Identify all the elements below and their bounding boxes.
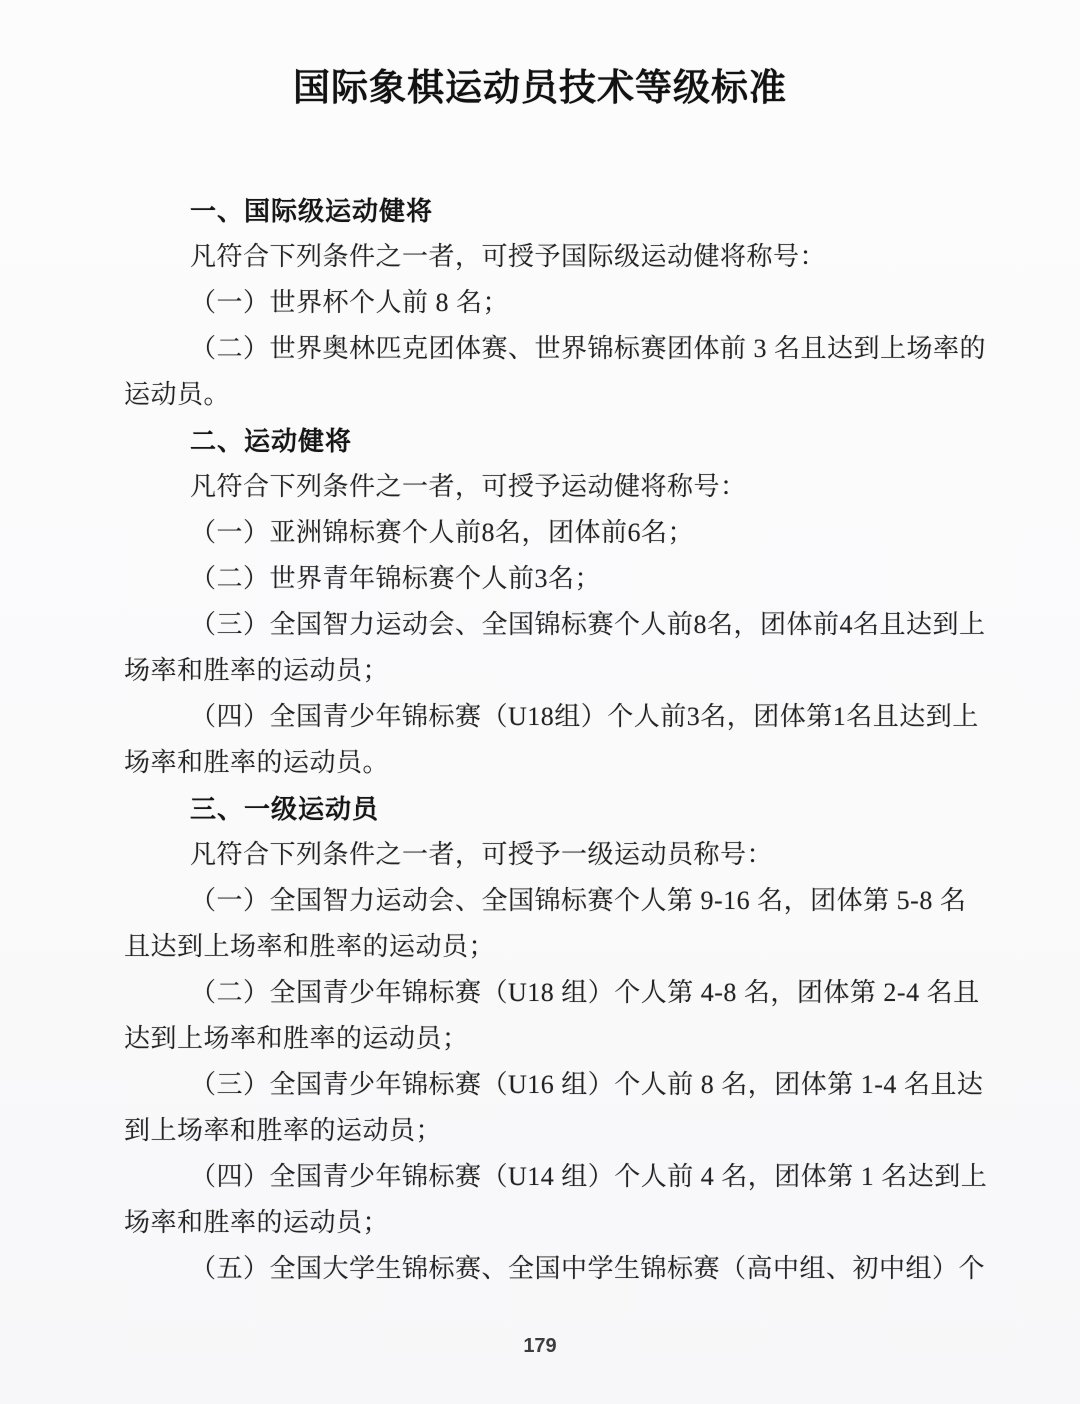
text-line: 且达到上场率和胜率的运动员； [124, 924, 990, 970]
text-line: 凡符合下列条件之一者，可授予国际级运动健将称号： [124, 234, 990, 280]
text-line: （一）全国智力运动会、全国锦标赛个人第 9-16 名，团体第 5-8 名 [124, 878, 990, 924]
text-line: （五）全国大学生锦标赛、全国中学生锦标赛（高中组、初中组）个 [124, 1246, 990, 1292]
text-line: （一）世界杯个人前 8 名； [124, 280, 990, 326]
section-heading: 二、运动健将 [124, 418, 990, 464]
text-line: 凡符合下列条件之一者，可授予一级运动员称号： [124, 832, 990, 878]
text-line: （三）全国智力运动会、全国锦标赛个人前8名，团体前4名且达到上 [124, 602, 990, 648]
text-line: 达到上场率和胜率的运动员； [124, 1016, 990, 1062]
text-line: 到上场率和胜率的运动员； [124, 1108, 990, 1154]
page-footer: 179 [0, 1335, 1080, 1358]
text-line: （二）全国青少年锦标赛（U18 组）个人第 4-8 名，团体第 2-4 名且 [124, 970, 990, 1016]
text-line: （二）世界奥林匹克团体赛、世界锦标赛团体前 3 名且达到上场率的 [124, 326, 990, 372]
page-number: 179 [523, 1335, 556, 1357]
text-line: 场率和胜率的运动员； [124, 1200, 990, 1246]
document-title: 国际象棋运动员技术等级标准 [0, 66, 1080, 112]
section-heading: 一、国际级运动健将 [124, 188, 990, 234]
text-line: 场率和胜率的运动员； [124, 648, 990, 694]
document-page: 国际象棋运动员技术等级标准 一、国际级运动健将 凡符合下列条件之一者，可授予国际… [0, 0, 1080, 1404]
text-line: （四）全国青少年锦标赛（U18组）个人前3名，团体第1名且达到上 [124, 694, 990, 740]
text-line: 运动员。 [124, 372, 990, 418]
text-line: （一）亚洲锦标赛个人前8名，团体前6名； [124, 510, 990, 556]
text-line: （四）全国青少年锦标赛（U14 组）个人前 4 名，团体第 1 名达到上 [124, 1154, 990, 1200]
document-body: 一、国际级运动健将 凡符合下列条件之一者，可授予国际级运动健将称号： （一）世界… [0, 188, 1080, 1292]
text-line: 凡符合下列条件之一者，可授予运动健将称号： [124, 464, 990, 510]
section-heading: 三、一级运动员 [124, 786, 990, 832]
text-line: 场率和胜率的运动员。 [124, 740, 990, 786]
text-line: （二）世界青年锦标赛个人前3名； [124, 556, 990, 602]
text-line: （三）全国青少年锦标赛（U16 组）个人前 8 名，团体第 1-4 名且达 [124, 1062, 990, 1108]
